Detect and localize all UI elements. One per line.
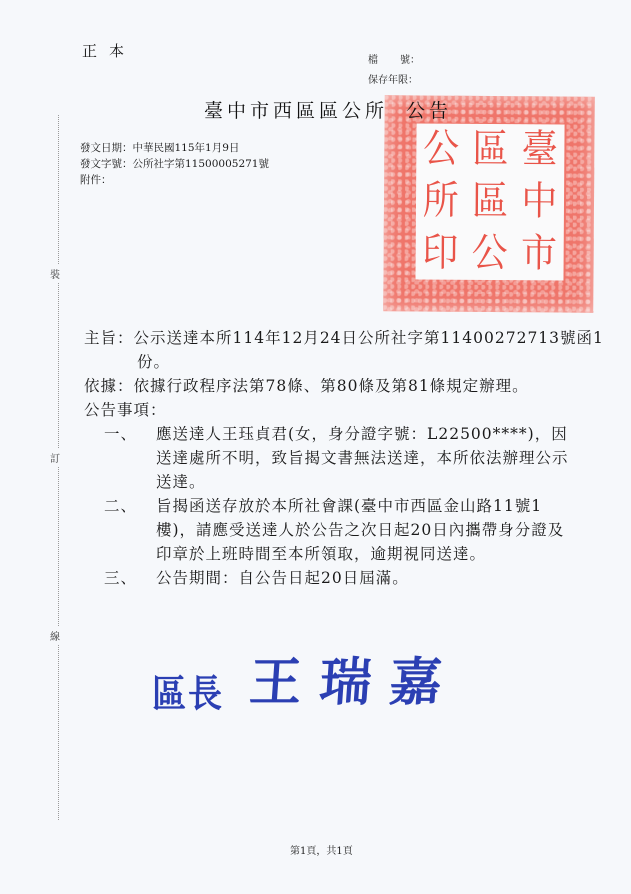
item-number: 二、	[104, 494, 156, 566]
page-number: 第1頁，共1頁	[290, 842, 353, 857]
basis-label: 依據：	[84, 374, 134, 398]
official-seal-stamp: 公 區 臺 所 區 中 印 公 市	[383, 95, 595, 312]
subject-continuation: 份。	[84, 350, 584, 374]
document-type: 公告	[406, 100, 452, 122]
announcement-item: 三、 公告期間：自公告日起20日屆滿。	[84, 566, 584, 590]
announcement-item: 一、 應送達人王珏貞君(女，身分證字號：L22500****)，因送達處所不明，…	[84, 422, 584, 494]
seal-inner: 公 區 臺 所 區 中 印 公 市	[415, 123, 564, 280]
attachment: 附件：	[80, 172, 269, 188]
file-number-label: 檔號：	[368, 51, 420, 66]
document-body: 主旨： 公示送達本所114年12月24日公所社字第11400272713號函1 …	[84, 326, 584, 590]
basis-text: 依據行政程序法第78條、第80條及第81條規定辦理。	[134, 374, 529, 398]
signature-stamp: 區長 王瑞嘉	[152, 640, 460, 715]
subject-text-line1: 公示送達本所114年12月24日公所社字第11400272713號函1	[134, 326, 604, 350]
announcement-item: 二、 旨揭函送存放於本所社會課(臺中市西區金山路11號1樓)，請應受送達人於公告…	[84, 494, 584, 566]
issue-info: 發文日期：中華民國115年1月9日 發文字號：公所社字第11500005271號…	[80, 140, 269, 188]
subject-section: 主旨： 公示送達本所114年12月24日公所社字第11400272713號函1	[84, 326, 584, 350]
binding-mark-ding: 訂	[50, 448, 60, 467]
item-text: 應送達人王珏貞君(女，身分證字號：L22500****)，因送達處所不明，致旨揭…	[156, 422, 576, 494]
item-number: 三、	[104, 566, 156, 590]
item-number: 一、	[104, 422, 156, 494]
signature-name: 王瑞嘉	[247, 640, 462, 715]
seal-char: 區	[465, 173, 515, 231]
item-text: 公告期間：自公告日起20日屆滿。	[156, 566, 576, 590]
copy-type-label: 正本	[82, 40, 136, 61]
seal-char: 所	[416, 173, 466, 231]
retention-period-label: 保存年限：	[368, 71, 418, 86]
signature-title: 區長	[152, 664, 224, 718]
subject-label: 主旨：	[84, 326, 134, 350]
announcement-items: 一、 應送達人王珏貞君(女，身分證字號：L22500****)，因送達處所不明，…	[84, 422, 584, 590]
file-number-label-a: 檔	[368, 55, 378, 66]
issue-date: 發文日期：中華民國115年1月9日	[80, 140, 269, 156]
announcement-heading: 公告事項：	[84, 398, 584, 422]
file-number-label-b: 號：	[400, 55, 420, 66]
item-text: 旨揭函送存放於本所社會課(臺中市西區金山路11號1樓)，請應受送達人於公告之次日…	[156, 494, 576, 566]
announcement-label: 公告事項：	[84, 398, 167, 422]
issue-number: 發文字號：公所社字第11500005271號	[80, 156, 269, 172]
seal-char: 中	[514, 174, 564, 232]
binding-mark-zhuang: 裝	[50, 264, 60, 283]
subject-text-line2: 份。	[137, 350, 170, 374]
binding-line	[58, 115, 59, 820]
binding-mark-xian: 線	[50, 626, 60, 645]
basis-section: 依據： 依據行政程序法第78條、第80條及第81條規定辦理。	[84, 374, 584, 398]
seal-char: 區	[466, 121, 516, 179]
seal-char: 公	[465, 225, 515, 283]
document-title: 臺中市西區區公所公告	[204, 96, 452, 123]
agency-name: 臺中市西區區公所	[204, 100, 388, 122]
seal-char: 臺	[515, 122, 565, 180]
seal-char: 印	[415, 225, 465, 283]
seal-char: 公	[416, 121, 466, 179]
seal-char: 市	[514, 226, 564, 284]
